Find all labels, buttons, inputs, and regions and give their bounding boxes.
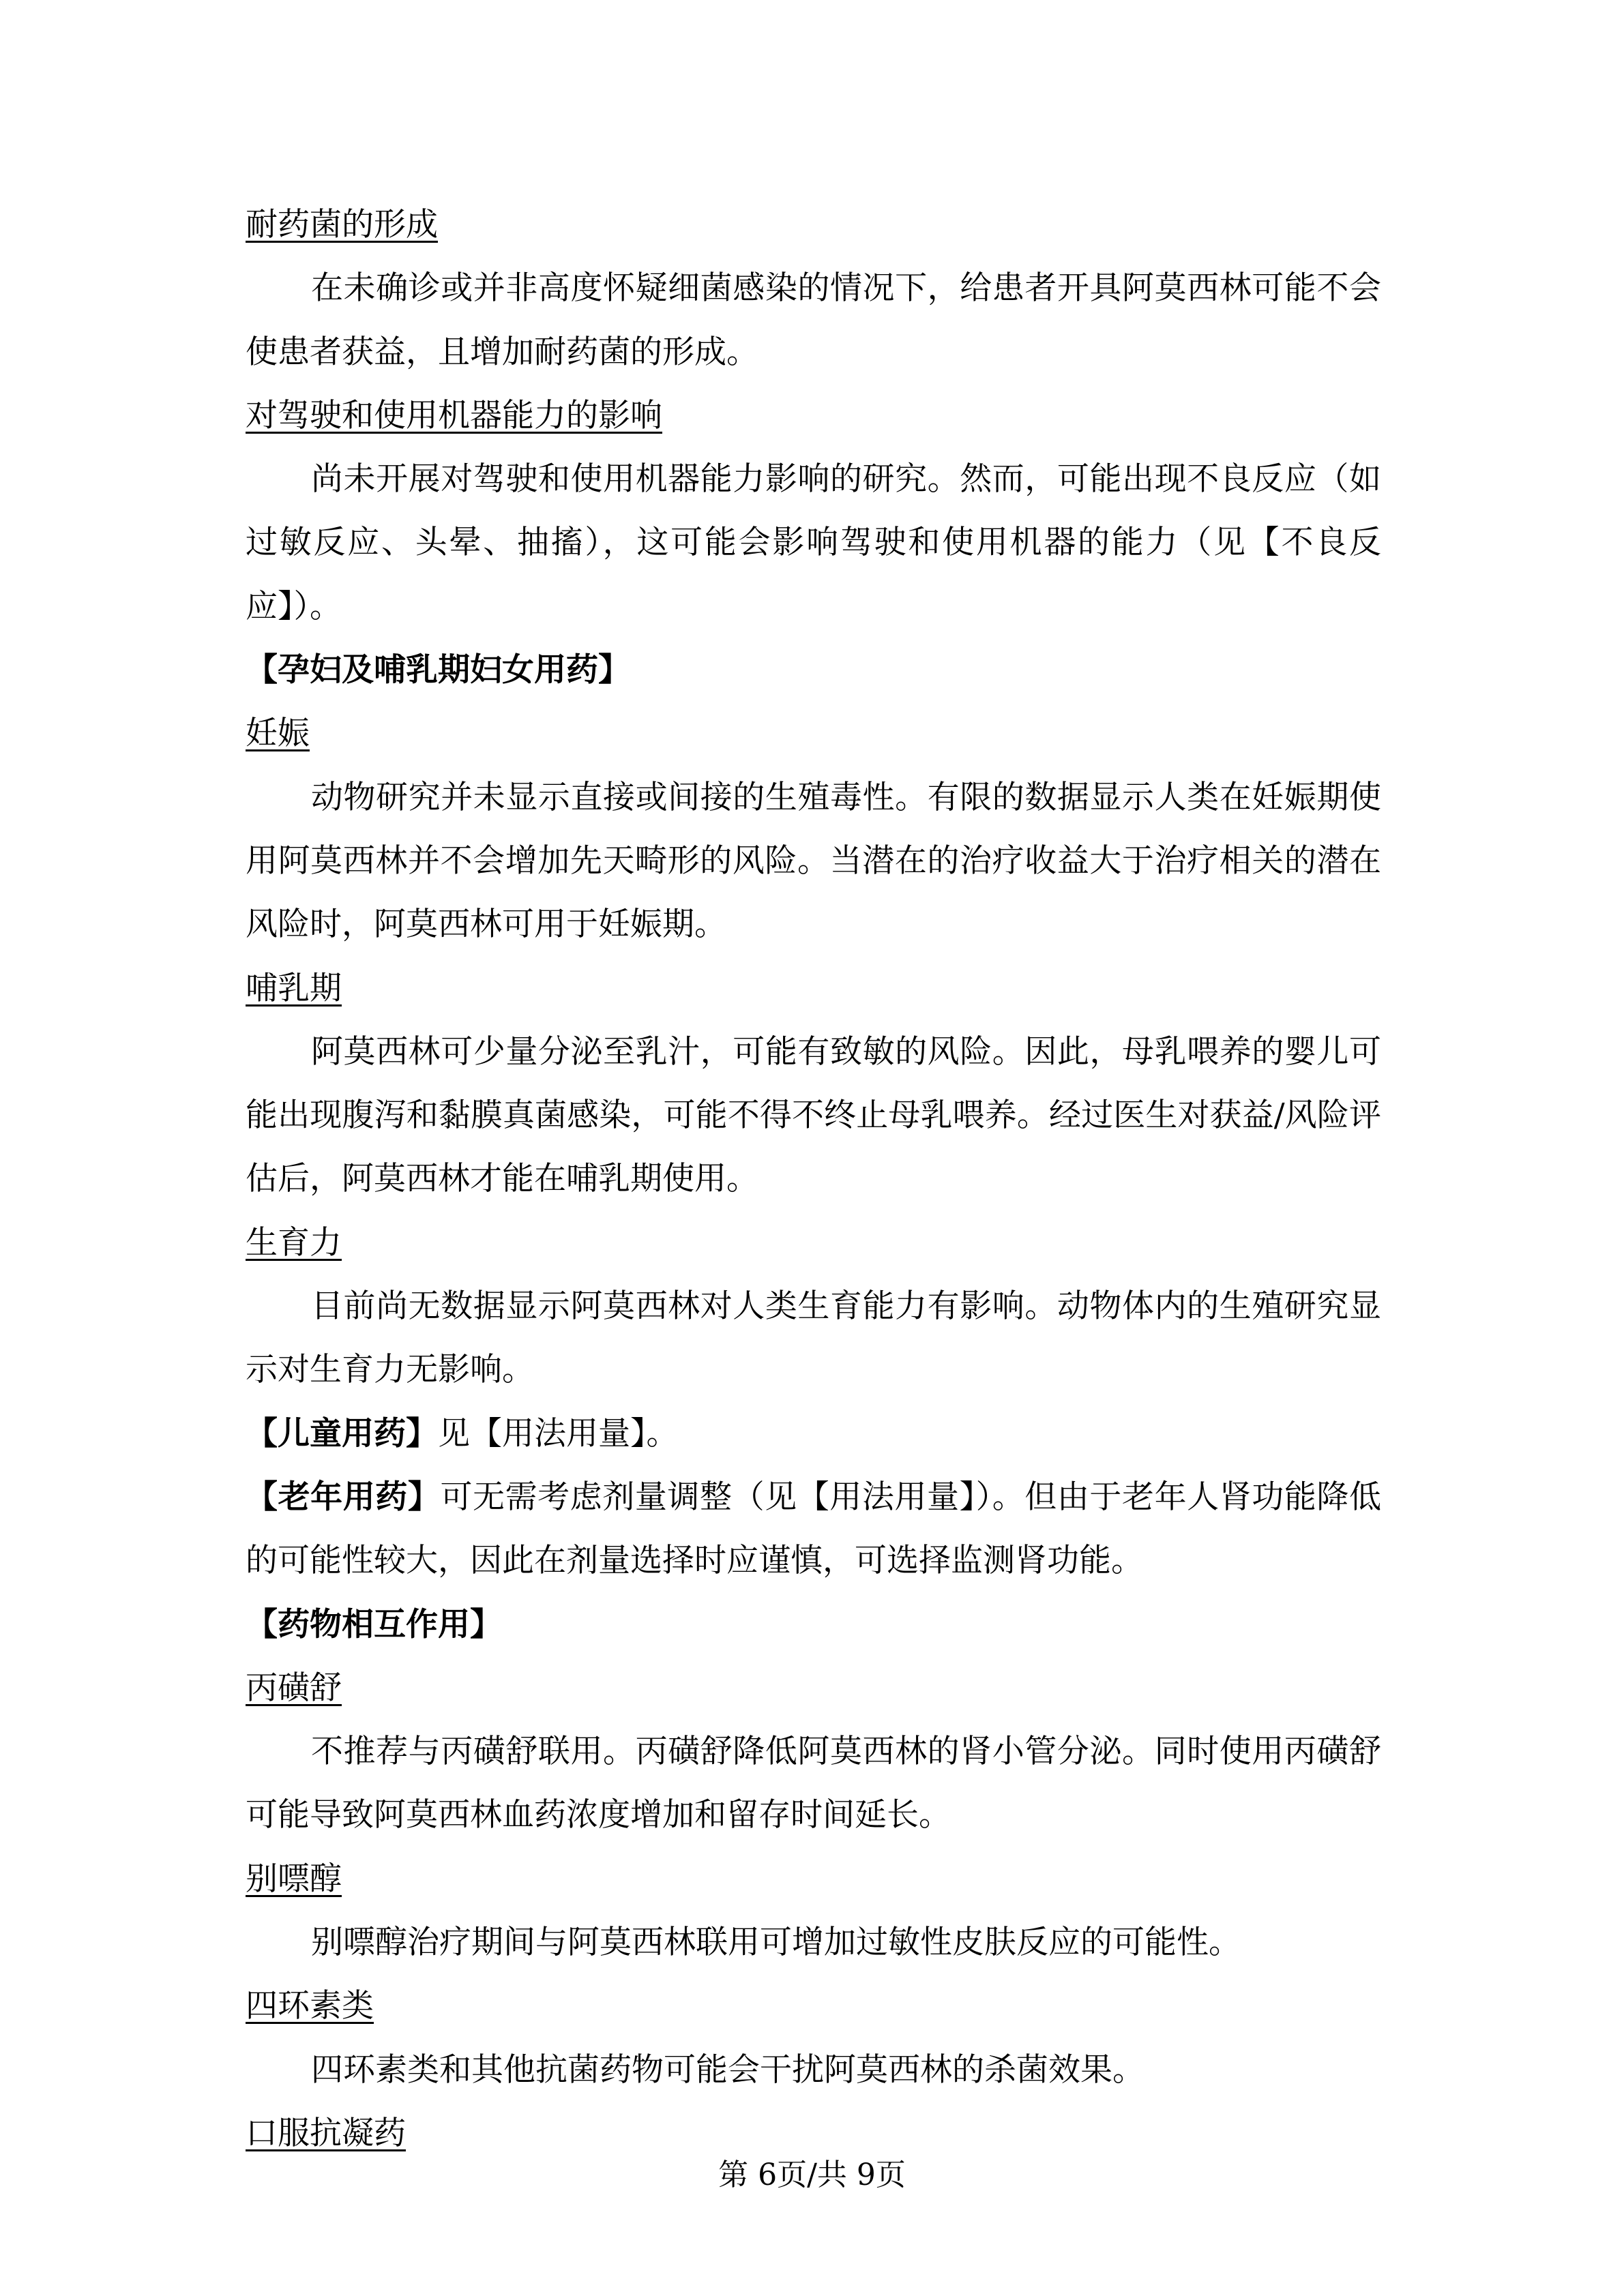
subheading-probenecid: 丙磺舒 [246, 1656, 1381, 1720]
pediatric-use-heading: 【儿童用药】 [246, 1415, 438, 1452]
document-page: 耐药菌的形成 在未确诊或并非高度怀疑细菌感染的情况下，给患者开具阿莫西林可能不会… [246, 193, 1381, 2165]
subheading-fertility: 生育力 [246, 1211, 1381, 1274]
paragraph-resistant-bacteria: 在未确诊或并非高度怀疑细菌感染的情况下，给患者开具阿莫西林可能不会使患者获益，且… [246, 256, 1381, 384]
paragraph-tetracyclines: 四环素类和其他抗菌药物可能会干扰阿莫西林的杀菌效果。 [246, 2038, 1381, 2102]
paragraph-lactation: 阿莫西林可少量分泌至乳汁，可能有致敏的风险。因此，母乳喂养的婴儿可能出现腹泻和黏… [246, 1020, 1381, 1211]
paragraph-pregnancy: 动物研究并未显示直接或间接的生殖毒性。有限的数据显示人类在妊娠期使用阿莫西林并不… [246, 766, 1381, 957]
geriatric-use-heading: 【老年用药】 [246, 1478, 440, 1516]
section-heading-pregnancy-lactation: 【孕妇及哺乳期妇女用药】 [246, 638, 1381, 702]
page-number: 第 6页/共 9页 [718, 2158, 906, 2192]
subheading-driving-machinery: 对驾驶和使用机器能力的影响 [246, 384, 1381, 447]
section-heading-drug-interactions: 【药物相互作用】 [246, 1593, 1381, 1656]
subheading-allopurinol: 别嘌醇 [246, 1847, 1381, 1911]
subheading-tetracyclines: 四环素类 [246, 1974, 1381, 2038]
pediatric-use-text: 见【用法用量】。 [438, 1415, 679, 1452]
subheading-pregnancy: 妊娠 [246, 702, 1381, 765]
pediatric-use: 【儿童用药】见【用法用量】。 [246, 1402, 1381, 1465]
page-footer: 第 6页/共 9页 [0, 2155, 1624, 2196]
paragraph-driving-machinery: 尚未开展对驾驶和使用机器能力影响的研究。然而，可能出现不良反应（如过敏反应、头晕… [246, 447, 1381, 638]
paragraph-fertility: 目前尚无数据显示阿莫西林对人类生育能力有影响。动物体内的生殖研究显示对生育力无影… [246, 1274, 1381, 1402]
subheading-resistant-bacteria: 耐药菌的形成 [246, 193, 1381, 256]
paragraph-allopurinol: 别嘌醇治疗期间与阿莫西林联用可增加过敏性皮肤反应的可能性。 [246, 1911, 1381, 1974]
subheading-lactation: 哺乳期 [246, 957, 1381, 1020]
paragraph-probenecid: 不推荐与丙磺舒联用。丙磺舒降低阿莫西林的肾小管分泌。同时使用丙磺舒可能导致阿莫西… [246, 1720, 1381, 1847]
geriatric-use: 【老年用药】可无需考虑剂量调整（见【用法用量】）。但由于老年人肾功能降低的可能性… [246, 1465, 1381, 1593]
